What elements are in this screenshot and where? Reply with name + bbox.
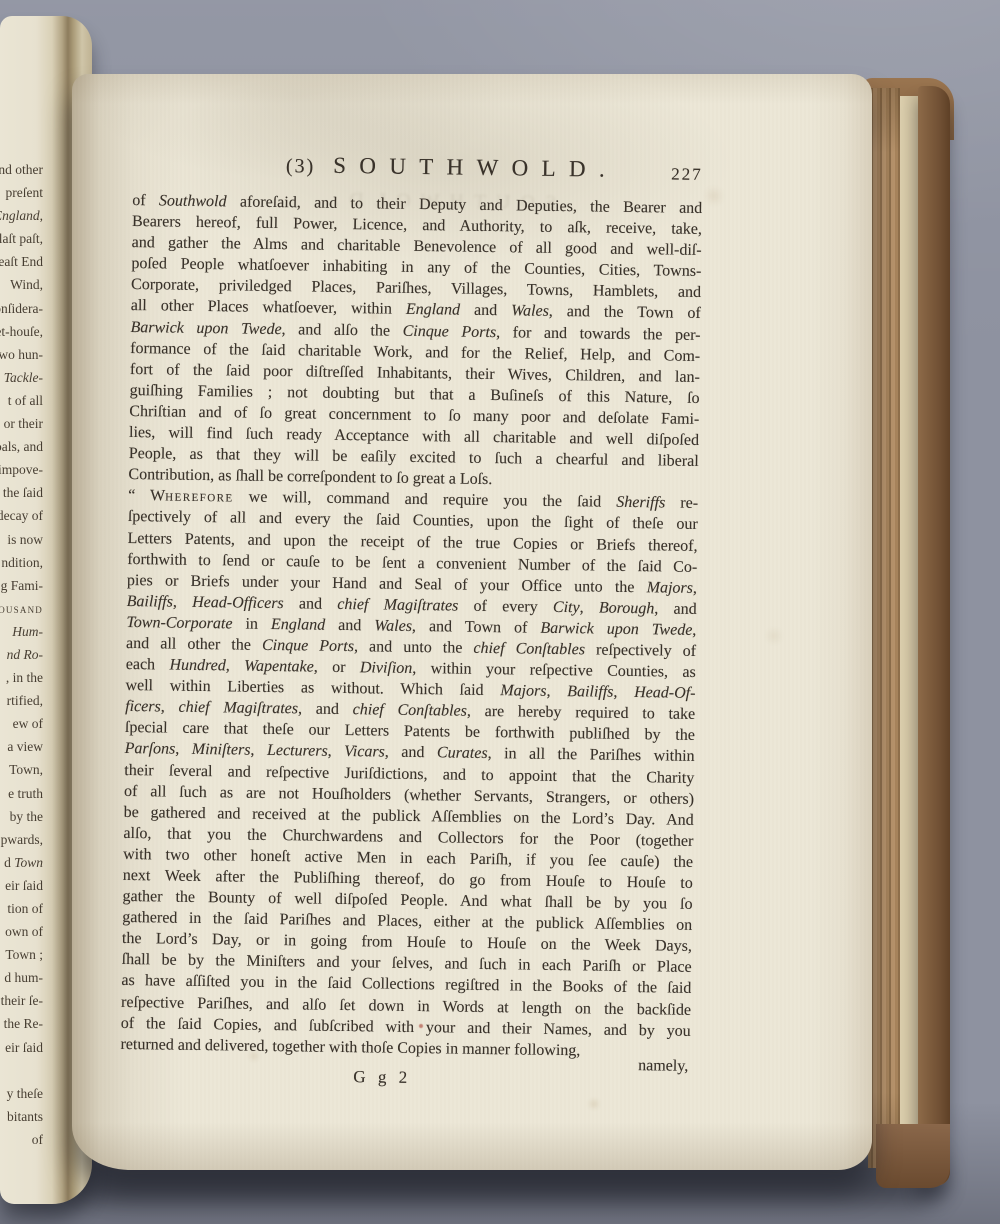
facing-page-text-fragment: decay of (0, 504, 46, 527)
facing-page-text-fragment: oals, and (0, 435, 46, 458)
facing-page-text-fragment: two hun- (0, 343, 46, 366)
facing-page-text-fragment: Tackle- (0, 366, 46, 389)
facing-page-text-fragment: laſt paſt, (0, 227, 46, 250)
page-block-edge (868, 88, 900, 1168)
cover-bottom-corner (876, 1124, 950, 1188)
facing-page-text-fragment: y theſe (0, 1082, 46, 1105)
facing-page-text-fragment: ndition, (0, 551, 46, 574)
facing-page-text-fragment: or their (0, 412, 46, 435)
show-through-ghost-title: SOUTHWOLD. (324, 189, 556, 215)
facing-page-text-fragment: , in the (0, 666, 46, 689)
facing-page-text-fragment: eir ſaid (0, 874, 46, 897)
paper-foxing-spots (72, 74, 76, 78)
facing-page-fragments: and otherpreſentEngland,laſt paſt,eaſt E… (0, 158, 46, 1151)
facing-page-text-fragment: t of all (0, 389, 46, 412)
facing-page-text-fragment: conſidera- (0, 297, 46, 320)
page-number: 227 (671, 165, 703, 185)
facing-page-text-fragment: their ſe- (0, 989, 46, 1012)
page-title: SOUTHWOLD. (333, 153, 618, 182)
section-mark: (3) (286, 155, 316, 177)
facing-page-text-fragment: by the (0, 805, 46, 828)
cover-leather-edge (918, 86, 950, 1186)
facing-page-text-fragment (0, 1059, 46, 1082)
facing-page-text-fragment: ew of (0, 712, 46, 735)
facing-page-text-fragment: e truth (0, 782, 46, 805)
header-title-group: (3)SOUTHWOLD. (286, 152, 618, 183)
facing-page-text-fragment: rket-houſe, (0, 320, 46, 343)
facing-page-text-fragment: and other (0, 158, 46, 181)
gathering-signature: G g 2 (353, 1067, 411, 1088)
facing-page-text-fragment: impove- (0, 458, 46, 481)
photo-background: and otherpreſentEngland,laſt paſt,eaſt E… (0, 0, 1000, 1224)
facing-page-text-fragment: England, (0, 204, 46, 227)
page-text-block: (3)SOUTHWOLD. 227 SOUTHWOLD. of Southwol… (120, 150, 703, 1099)
facing-page-text-fragment: eaſt End (0, 250, 46, 273)
facing-page-text-fragment: the ſaid (0, 481, 46, 504)
facing-page-text-fragment: tion of (0, 897, 46, 920)
page-edge-light-strip (900, 96, 918, 1158)
facing-page-text-fragment: is now (0, 528, 46, 551)
facing-page-text-fragment: ousand (0, 597, 46, 620)
page-footer: namely, G g 2 (120, 1055, 690, 1099)
body-text: of Southwold aforeſaid, and to their Dep… (120, 190, 702, 1063)
book-page: (3)SOUTHWOLD. 227 SOUTHWOLD. of Southwol… (72, 74, 872, 1170)
facing-page-text-fragment: d Town (0, 851, 46, 874)
facing-page-text-fragment: a view (0, 735, 46, 758)
facing-page-text-fragment: own of (0, 920, 46, 943)
facing-page-text-fragment: the Re- (0, 1012, 46, 1035)
catchword: namely, (638, 1057, 688, 1076)
facing-page-text-fragment: rtified, (0, 689, 46, 712)
facing-page-text-fragment: Town, (0, 758, 46, 781)
facing-page-text-fragment: d hum- (0, 966, 46, 989)
facing-page-text-fragment: pwards, (0, 828, 46, 851)
facing-page-text-fragment: Hum- (0, 620, 46, 643)
facing-page-text-fragment: bitants (0, 1105, 46, 1128)
facing-page-text-fragment: preſent (0, 181, 46, 204)
facing-page-text-fragment: Town ; (0, 943, 46, 966)
facing-page-text-fragment: of (0, 1128, 46, 1151)
facing-page-text-fragment: nd Ro- (0, 643, 46, 666)
running-header: (3)SOUTHWOLD. 227 (133, 150, 703, 188)
facing-page-text-fragment: Wind, (0, 273, 46, 296)
facing-page-text-fragment: eir ſaid (0, 1036, 46, 1059)
facing-page-text-fragment: g Fami- (0, 574, 46, 597)
